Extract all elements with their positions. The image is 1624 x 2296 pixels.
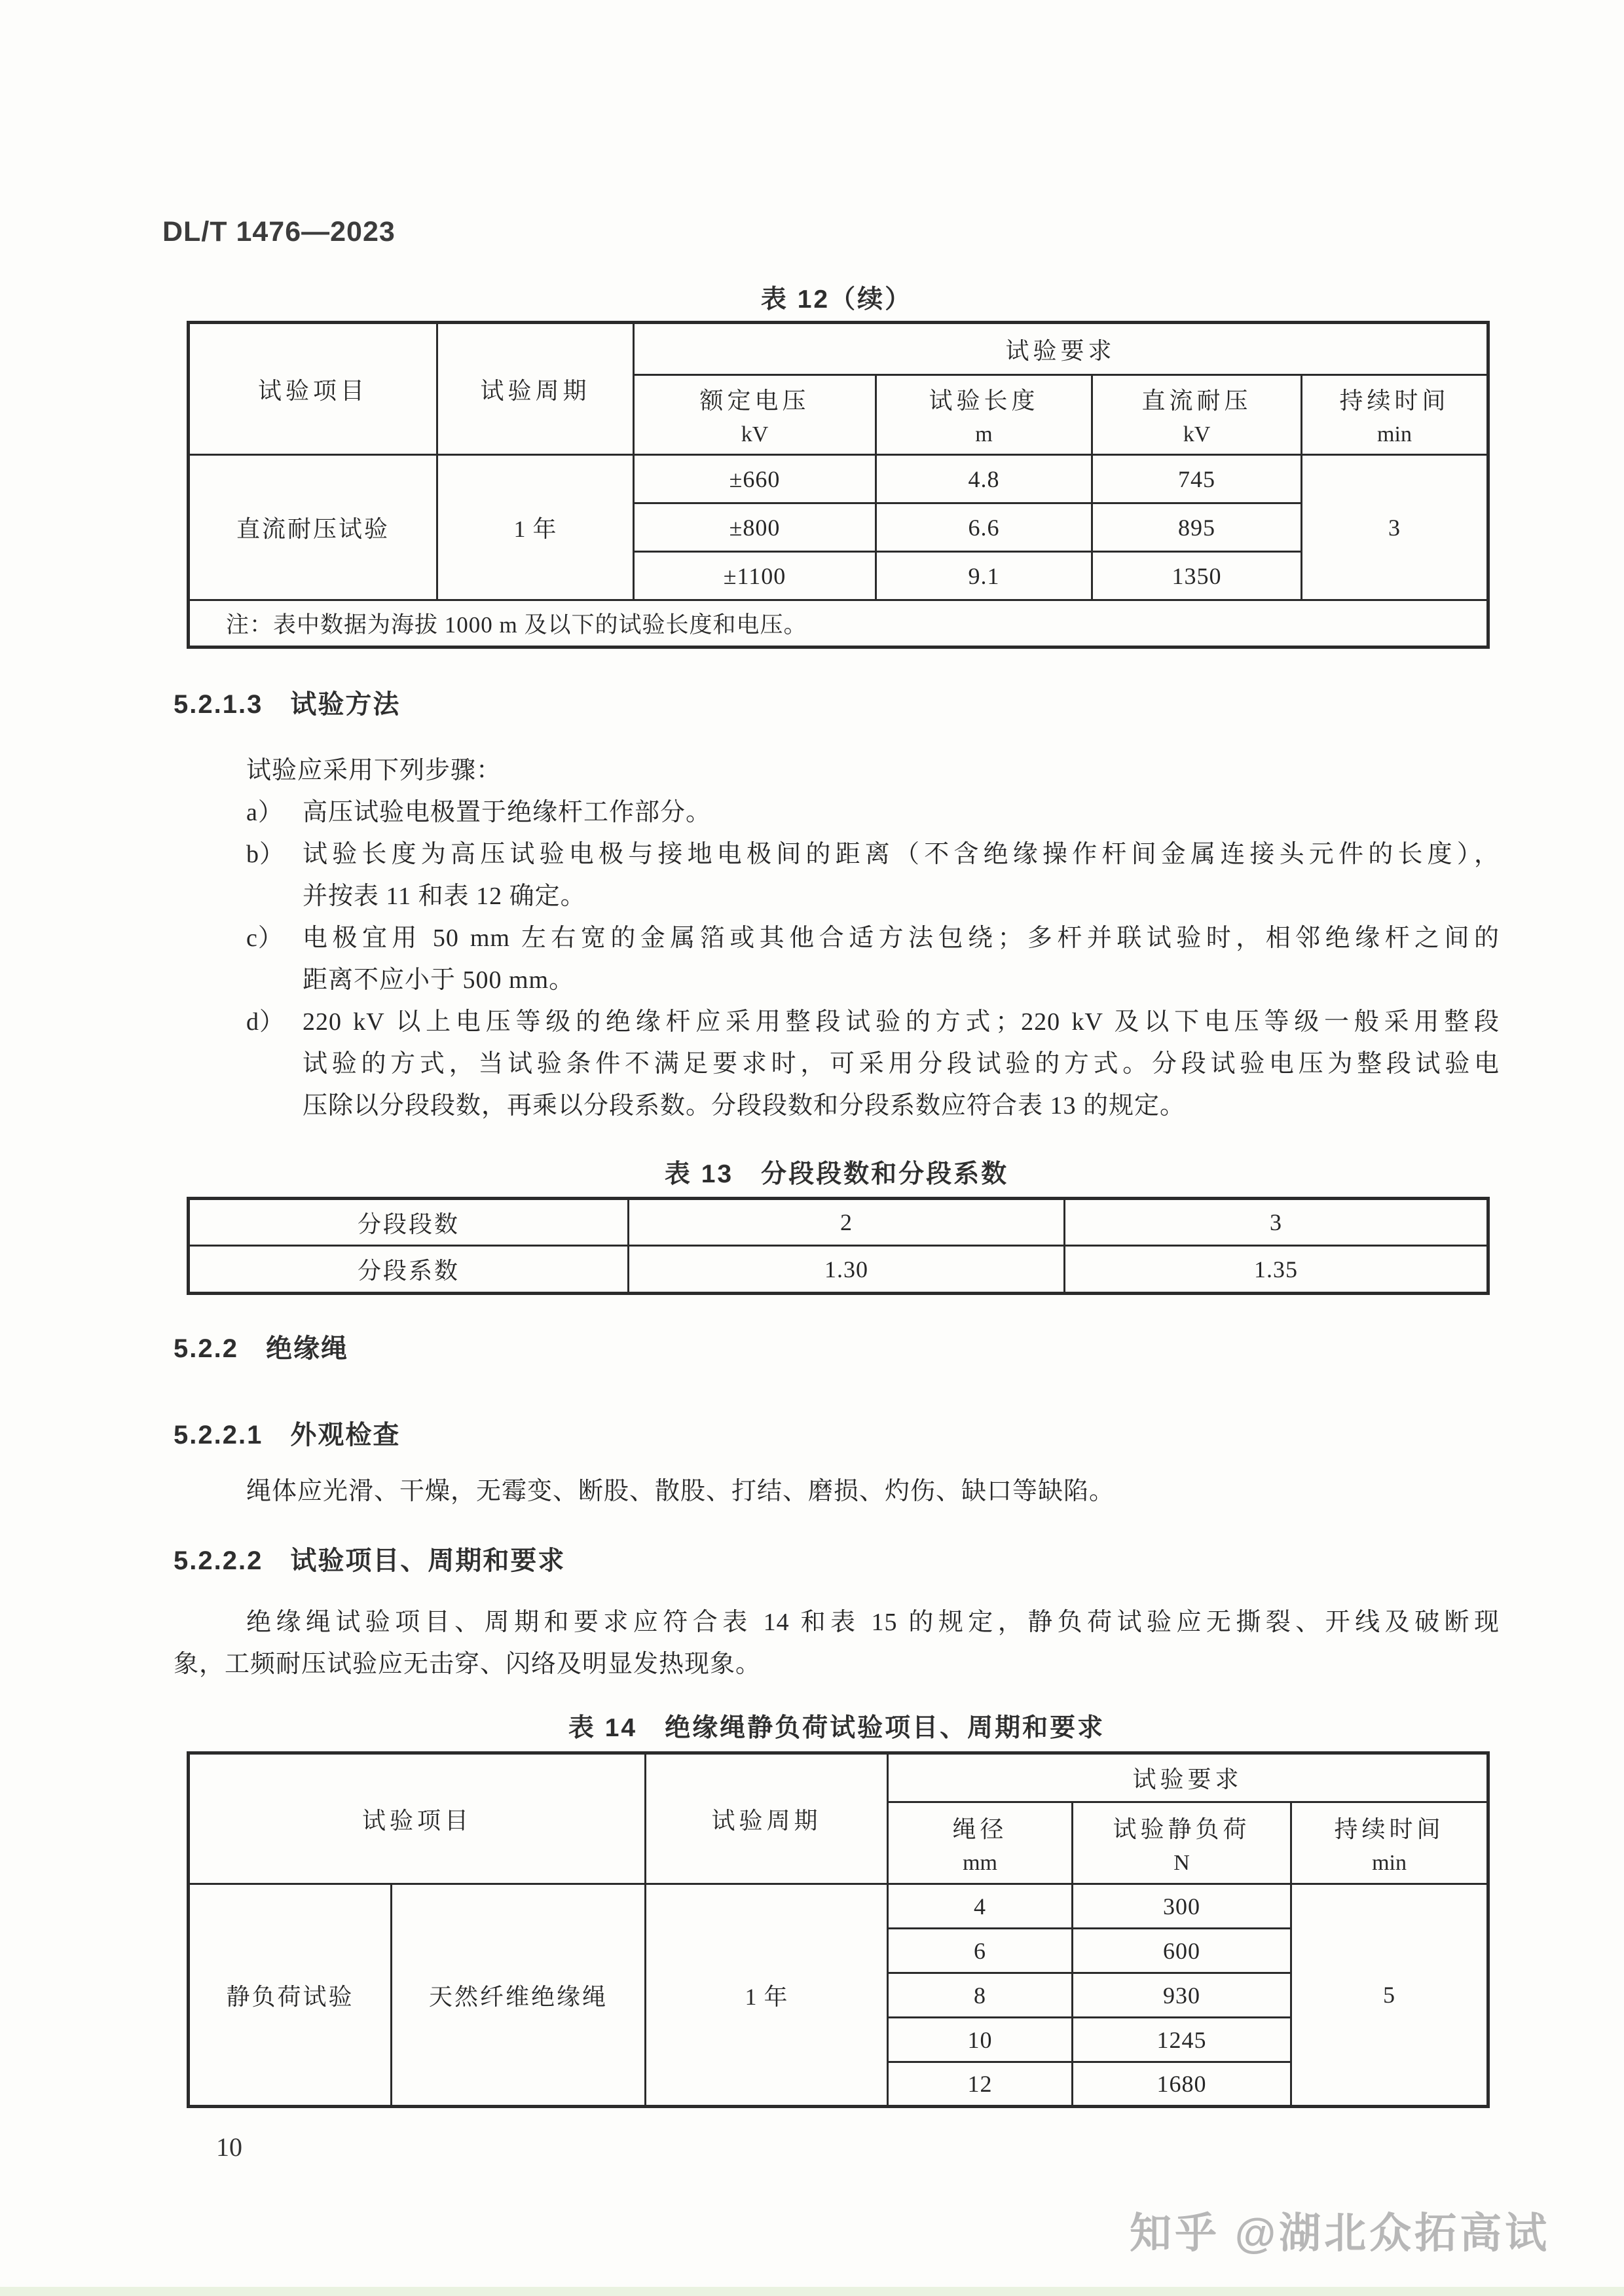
step-b-text-1: 试验长度为高压试验电极与接地电极间的距离（不含绝缘操作杆间金属连接头元件的长度）… [303,833,1500,875]
t12-subheader-test-length-unit: m [877,422,1091,447]
t13-row2-col3: 1.35 [1065,1246,1488,1294]
t12-data-row-1: 直流耐压试验 1 年 ±660 4.8 745 3 [189,455,1488,503]
t12-cell-voltage-0: ±660 [634,455,876,503]
t13-row2-col2: 1.30 [629,1246,1065,1294]
t14-cell-load-4: 1680 [1073,2062,1291,2107]
t12-cell-length-2: 9.1 [876,552,1092,600]
table14: 试验项目 试验周期 试验要求 绳径 mm 试验静负荷 N 持续时间 min [187,1751,1490,2108]
para-5-2-2-2: 绝缘绳试验项目、周期和要求应符合表 14 和表 15 的规定，静负荷试验应无撕裂… [174,1601,1500,1685]
t13-row-1: 分段段数 2 3 [189,1199,1488,1246]
table12-title: 表 12（续） [187,279,1486,316]
t12-cell-period: 1 年 [437,455,634,600]
text-line: 绝缘绳试验项目、周期和要求应符合表 14 和表 15 的规定，静负荷试验应无撕裂… [174,1601,1500,1643]
text-line: c） 电极宜用 50 mm 左右宽的金属箔或其他合适方法包绕；多杆并联试验时，相… [174,917,1500,959]
step-c-label: c） [246,917,284,959]
text-line: 距离不应小于 500 mm。 [174,959,1500,1001]
t14-subheader-static-load: 试验静负荷 N [1073,1802,1291,1884]
t12-subheader-test-length-name: 试验长度 [877,382,1091,416]
watermark: 知乎 @湖北众拓高试 [1130,2200,1550,2260]
t13-row1-col3: 3 [1065,1199,1488,1246]
t12-header-row-1: 试验项目 试验周期 试验要求 [189,323,1488,375]
t12-cell-length-1: 6.6 [876,503,1092,552]
t12-subheader-rated-voltage-name: 额定电压 [635,382,875,416]
table12: 试验项目 试验周期 试验要求 额定电压 kV 试验长度 m 直流耐压 kV [187,321,1490,649]
t14-cell-load-1: 600 [1073,1929,1291,1973]
table14-title: 表 14 绝缘绳静负荷试验项目、周期和要求 [187,1707,1486,1744]
t12-cell-withstand-2: 1350 [1092,552,1302,600]
footer-strip [0,2287,1624,2296]
t13-row2-label: 分段系数 [189,1246,629,1294]
heading-5-2-2: 5.2.2 绝缘绳 [174,1328,348,1365]
text-line: 绳体应光滑、干燥，无霉变、断股、散股、打结、磨损、灼伤、缺口等缺陷。 [174,1470,1500,1512]
t12-subheader-duration-name: 持续时间 [1302,382,1486,416]
t14-subheader-diameter-unit: mm [889,1851,1071,1876]
page-number: 10 [216,2132,242,2162]
t12-subheader-dc-withstand: 直流耐压 kV [1092,375,1302,455]
step-a-label: a） [246,792,284,833]
t12-header-item: 试验项目 [189,323,437,455]
para-5-2-2-1-text: 绳体应光滑、干燥，无霉变、断股、散股、打结、磨损、灼伤、缺口等缺陷。 [246,1470,1500,1512]
para-5-2-2-1: 绳体应光滑、干燥，无霉变、断股、散股、打结、磨损、灼伤、缺口等缺陷。 [174,1470,1500,1512]
t12-cell-voltage-2: ±1100 [634,552,876,600]
steps-block: 试验应采用下列步骤： a） 高压试验电极置于绝缘杆工作部分。 b） 试验长度为高… [174,750,1500,1127]
text-line: a） 高压试验电极置于绝缘杆工作部分。 [174,792,1500,833]
t14-cell-diameter-1: 6 [888,1929,1073,1973]
t12-subheader-duration: 持续时间 min [1302,375,1488,455]
t12-note-row: 注：表中数据为海拔 1000 m 及以下的试验长度和电压。 [189,600,1488,647]
t14-cell-item: 静负荷试验 [189,1884,392,2107]
t12-cell-withstand-1: 895 [1092,503,1302,552]
step-c-text-2: 距离不应小于 500 mm。 [303,959,1500,1001]
step-a-text: 高压试验电极置于绝缘杆工作部分。 [303,792,1500,833]
t14-subheader-diameter-name: 绳径 [889,1811,1071,1844]
step-b-text-2: 并按表 11 和表 12 确定。 [303,875,1500,917]
t14-cell-load-2: 930 [1073,1973,1291,2018]
t13-row1-label: 分段段数 [189,1199,629,1246]
step-d-text-1: 220 kV 以上电压等级的绝缘杆应采用整段试验的方式；220 kV 及以下电压… [303,1001,1500,1043]
para-5-2-2-2-line-2: 象，工频耐压试验应无击穿、闪络及明显发热现象。 [174,1643,1500,1685]
t12-header-period: 试验周期 [437,323,634,455]
t12-subheader-dc-withstand-unit: kV [1093,422,1301,447]
table13: 分段段数 2 3 分段系数 1.30 1.35 [187,1197,1490,1295]
t14-subheader-duration-name: 持续时间 [1292,1811,1486,1844]
text-line: b） 试验长度为高压试验电极与接地电极间的距离（不含绝缘操作杆间金属连接头元件的… [174,833,1500,875]
t12-cell-voltage-1: ±800 [634,503,876,552]
t14-cell-diameter-2: 8 [888,1973,1073,2018]
t12-subheader-dc-withstand-name: 直流耐压 [1093,382,1301,416]
t12-subheader-duration-unit: min [1302,422,1486,447]
step-d-text-3: 压除以分段段数，再乘以分段系数。分段段数和分段系数应符合表 13 的规定。 [303,1085,1500,1127]
step-d-label: d） [246,1001,285,1043]
t12-cell-withstand-0: 745 [1092,455,1302,503]
t14-cell-period: 1 年 [646,1884,888,2107]
t14-cell-diameter-3: 10 [888,2018,1073,2062]
t14-cell-duration: 5 [1291,1884,1488,2107]
text-line: 压除以分段段数，再乘以分段系数。分段段数和分段系数应符合表 13 的规定。 [174,1085,1500,1127]
t14-subheader-duration-unit: min [1292,1851,1486,1876]
step-c-text-1: 电极宜用 50 mm 左右宽的金属箔或其他合适方法包绕；多杆并联试验时，相邻绝缘… [303,917,1500,959]
text-line: 试验的方式，当试验条件不满足要求时，可采用分段试验的方式。分段试验电压为整段试验… [174,1043,1500,1085]
t14-cell-load-3: 1245 [1073,2018,1291,2062]
t12-cell-length-0: 4.8 [876,455,1092,503]
steps-intro: 试验应采用下列步骤： [246,750,1500,792]
t12-cell-duration: 3 [1302,455,1488,600]
text-line: 试验应采用下列步骤： [174,750,1500,792]
t14-header-item: 试验项目 [189,1753,646,1884]
t14-subheader-static-load-name: 试验静负荷 [1073,1811,1290,1844]
step-b-label: b） [246,833,285,875]
doc-number: DL/T 1476—2023 [162,216,396,248]
t14-header-period: 试验周期 [646,1753,888,1884]
text-line: 象，工频耐压试验应无击穿、闪络及明显发热现象。 [174,1643,1500,1685]
t12-cell-item: 直流耐压试验 [189,455,437,600]
t14-subheader-static-load-unit: N [1073,1851,1290,1876]
t14-cell-rope-type: 天然纤维绝缘绳 [392,1884,646,2107]
t12-header-requirement: 试验要求 [634,323,1488,375]
heading-5-2-2-1: 5.2.2.1 外观检查 [174,1414,400,1451]
t14-header-row-1: 试验项目 试验周期 试验要求 [189,1753,1488,1802]
t12-note: 注：表中数据为海拔 1000 m 及以下的试验长度和电压。 [189,600,1488,647]
heading-5-2-2-2: 5.2.2.2 试验项目、周期和要求 [174,1540,565,1577]
text-line: 并按表 11 和表 12 确定。 [174,875,1500,917]
t14-subheader-diameter: 绳径 mm [888,1802,1073,1884]
t14-cell-diameter-0: 4 [888,1884,1073,1929]
table13-title: 表 13 分段段数和分段系数 [187,1154,1486,1190]
text-line: d） 220 kV 以上电压等级的绝缘杆应采用整段试验的方式；220 kV 及以… [174,1001,1500,1043]
document-page: DL/T 1476—2023 表 12（续） 试验项目 试验周期 试验要求 额定… [0,0,1624,2296]
t13-row1-col2: 2 [629,1199,1065,1246]
t14-cell-diameter-4: 12 [888,2062,1073,2107]
t14-subheader-duration: 持续时间 min [1291,1802,1488,1884]
t12-subheader-test-length: 试验长度 m [876,375,1092,455]
step-d-text-2: 试验的方式，当试验条件不满足要求时，可采用分段试验的方式。分段试验电压为整段试验… [303,1043,1500,1085]
t12-subheader-rated-voltage: 额定电压 kV [634,375,876,455]
t14-cell-load-0: 300 [1073,1884,1291,1929]
para-5-2-2-2-line-1: 绝缘绳试验项目、周期和要求应符合表 14 和表 15 的规定，静负荷试验应无撕裂… [174,1601,1500,1643]
t14-header-requirement: 试验要求 [888,1753,1488,1802]
t13-row-2: 分段系数 1.30 1.35 [189,1246,1488,1294]
heading-5-2-1-3: 5.2.1.3 试验方法 [174,683,400,721]
t12-subheader-rated-voltage-unit: kV [635,422,875,447]
t14-data-row-1: 静负荷试验 天然纤维绝缘绳 1 年 4 300 5 [189,1884,1488,1929]
